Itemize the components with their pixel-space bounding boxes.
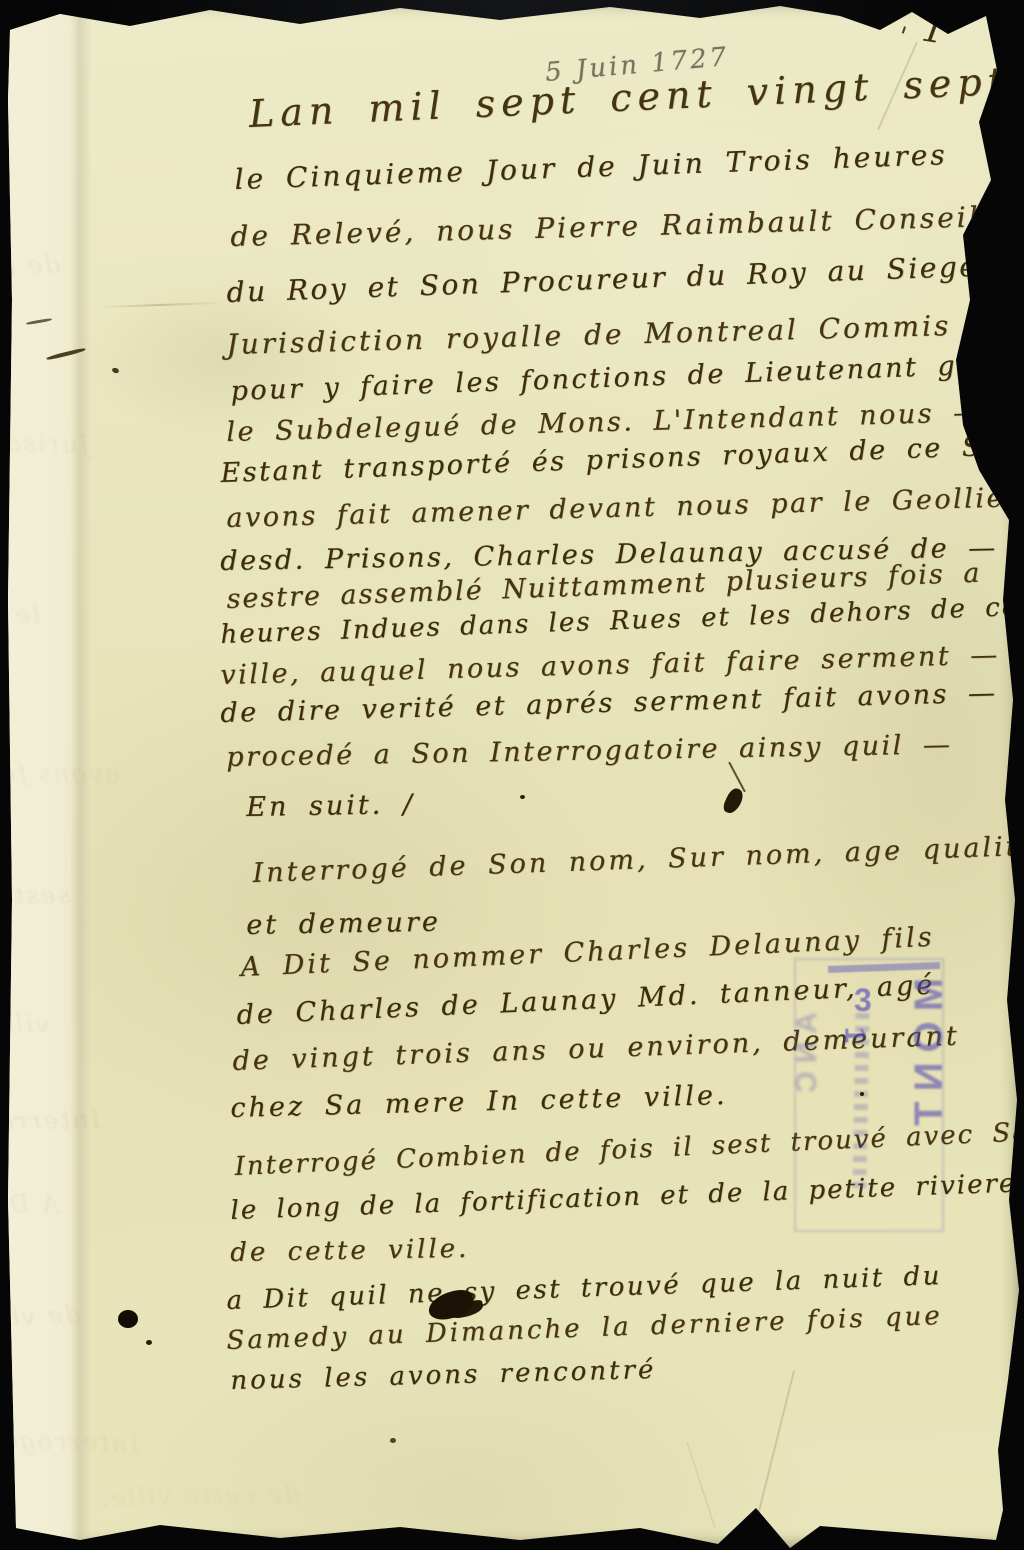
bleed-through-line: de cette ville. <box>99 1480 301 1513</box>
archive-stamp: MONT ANC 3 1 <box>788 952 954 1240</box>
manuscript-line: de Relevé, nous Pierre Raimbault Conseil… <box>230 199 1024 253</box>
manuscript-line: du Roy et Son Procureur du Roy au Siege … <box>226 244 1024 309</box>
scanned-document: de Relevé, nous Pierre Raimbault Conseil… <box>0 0 1024 1550</box>
ink-speck <box>390 1438 396 1443</box>
manuscript-line: de cette ville. <box>230 1234 470 1268</box>
manuscript-page: de Relevé, nous Pierre Raimbault Conseil… <box>0 0 1024 1550</box>
manuscript-line: En suit. / <box>246 789 415 823</box>
ink-speck <box>111 367 119 374</box>
manuscript-line: nous les avons rencontré <box>230 1355 657 1396</box>
stamp-digit: 3 <box>854 982 872 1019</box>
stamp-large-text: MONT <box>907 978 952 1218</box>
manuscript-line: le Cinquieme Jour de Juin Trois heures <box>234 138 948 196</box>
manuscript-line: chez Sa mere In cette ville. <box>230 1080 728 1124</box>
paper-crease <box>686 1442 716 1528</box>
page-number-tick-mark: ' <box>894 22 910 53</box>
paper-crease <box>751 1370 795 1536</box>
stamp-side-text: ANC <box>790 1012 824 1212</box>
ink-speck <box>146 1340 152 1345</box>
stamp-digit: 1 <box>837 1027 871 1044</box>
ink-speck <box>520 795 525 799</box>
manuscript-line: procedé a Son Interrogatoire ainsy quil … <box>226 729 953 773</box>
ink-speck <box>860 1092 864 1096</box>
page-number: 1 <box>919 8 948 52</box>
ink-dot <box>118 1310 138 1328</box>
ink-blot <box>721 786 745 816</box>
manuscript-line: et demeure <box>246 907 441 941</box>
manuscript-line: avons fait amener devant nous par le Geo… <box>226 482 1021 534</box>
manuscript-line: Interrogé de Son nom, Sur nom, age quali… <box>252 831 1024 889</box>
paper-crease <box>95 302 225 309</box>
